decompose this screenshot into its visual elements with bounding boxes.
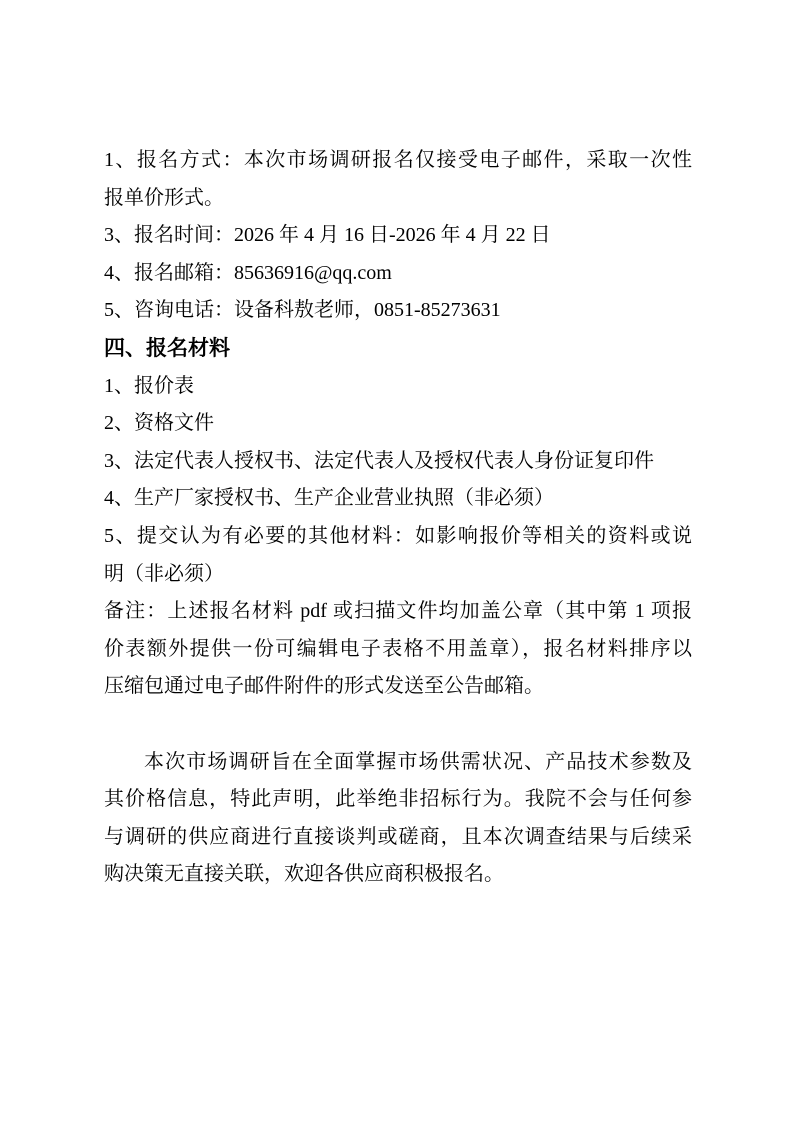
line-material-quotation: 1、报价表	[104, 368, 692, 406]
document-page: 1、报名方式：本次市场调研报名仅接受电子邮件，采取一次性 报单价形式。 3、报名…	[0, 0, 793, 1122]
line-note-2: 价表额外提供一份可编辑电子表格不用盖章），报名材料排序以	[104, 631, 692, 669]
line-registration-email: 4、报名邮箱：85636916@qq.com	[104, 255, 692, 293]
line-registration-method-1: 1、报名方式：本次市场调研报名仅接受电子邮件，采取一次性	[104, 142, 692, 180]
line-statement-3: 与调研的供应商进行直接谈判或磋商，且本次调查结果与后续采	[104, 819, 692, 857]
line-statement-1: 本次市场调研旨在全面掌握市场供需状况、产品技术参数及	[104, 744, 692, 782]
line-material-authorization: 3、法定代表人授权书、法定代表人及授权代表人身份证复印件	[104, 443, 692, 481]
blank-line	[104, 706, 692, 744]
line-material-qualification: 2、资格文件	[104, 405, 692, 443]
line-material-other-2: 明（非必须）	[104, 556, 692, 594]
line-note-3: 压缩包通过电子邮件附件的形式发送至公告邮箱。	[104, 668, 692, 706]
line-note-1: 备注：上述报名材料 pdf 或扫描文件均加盖公章（其中第 1 项报	[104, 593, 692, 631]
document-body: 1、报名方式：本次市场调研报名仅接受电子邮件，采取一次性 报单价形式。 3、报名…	[104, 142, 692, 894]
line-statement-2: 其价格信息，特此声明，此举绝非招标行为。我院不会与任何参	[104, 781, 692, 819]
line-consult-phone: 5、咨询电话：设备科敖老师，0851-85273631	[104, 292, 692, 330]
line-statement-4: 购决策无直接关联，欢迎各供应商积极报名。	[104, 856, 692, 894]
line-registration-method-2: 报单价形式。	[104, 180, 692, 218]
line-material-manufacturer: 4、生产厂家授权书、生产企业营业执照（非必须）	[104, 480, 692, 518]
line-registration-time: 3、报名时间：2026 年 4 月 16 日-2026 年 4 月 22 日	[104, 217, 692, 255]
line-material-other-1: 5、提交认为有必要的其他材料：如影响报价等相关的资料或说	[104, 518, 692, 556]
section-heading-materials: 四、报名材料	[104, 330, 692, 368]
